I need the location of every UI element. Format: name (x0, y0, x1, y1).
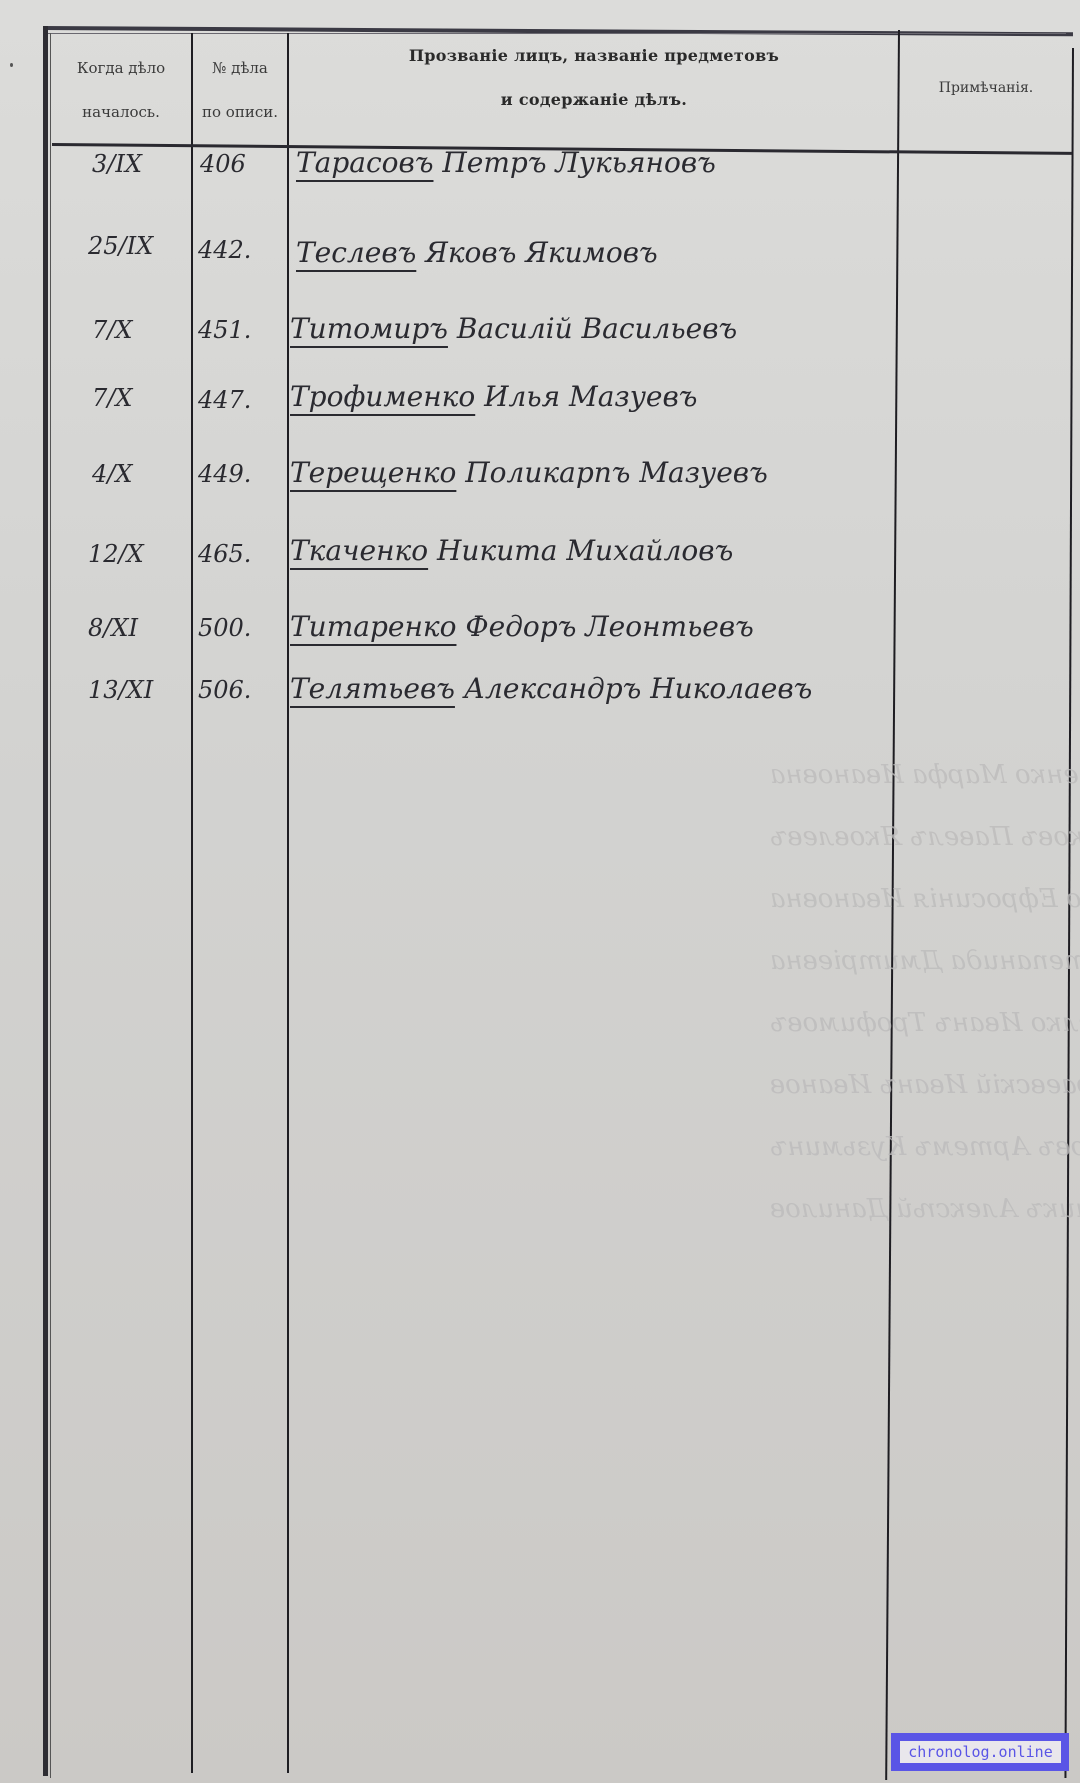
row-number: 406 (200, 150, 246, 178)
header-date-line1: Когда дѣло (52, 52, 190, 84)
row-date: 12/X (88, 540, 144, 568)
row-number: 447. (198, 386, 251, 414)
bleed-through-line: Шебаровъ Артемъ Кузьминъ (770, 1132, 1080, 1162)
watermark-text: chronolog.online (900, 1741, 1061, 1763)
watermark-badge: chronolog.online (891, 1733, 1069, 1771)
ledger-page: Когда дѣло началось. № дѣла по описи. Пр… (0, 0, 1080, 1783)
header-date-column: Когда дѣло началось. (52, 52, 190, 128)
row-given-name: Петръ Лукьяновъ (442, 146, 715, 179)
row-name: Теслевъ Яковъ Якимовъ (296, 236, 658, 269)
row-given-name: Поликарпъ Мазуевъ (465, 456, 767, 489)
row-given-name: Александръ Николаевъ (464, 672, 812, 705)
row-number: 500. (198, 614, 251, 642)
table-top-border-inner (46, 33, 1066, 34)
row-surname: Теслевъ (296, 236, 416, 269)
row-date: 25/IX (88, 232, 153, 260)
row-surname: Трофименко (290, 380, 475, 413)
bleed-through-line: Шевченко Ефросинія Ивановна (770, 884, 1080, 914)
row-name: Терещенко Поликарпъ Мазуевъ (290, 456, 768, 489)
header-names-line2: и содержаніе дѣлъ. (290, 84, 898, 116)
row-given-name: Никита Михайловъ (437, 534, 733, 567)
row-given-name: Илья Мазуевъ (484, 380, 697, 413)
table-top-border (43, 26, 1073, 36)
header-names-column: Прозваніе лицъ, названіе предметовъ и со… (290, 40, 898, 116)
row-date: 7/X (92, 384, 132, 412)
table-left-border (43, 26, 48, 1776)
row-number: 506. (198, 676, 251, 704)
row-date: 7/X (92, 316, 132, 344)
row-number: 451. (198, 316, 251, 344)
row-given-name: Федоръ Леонтьевъ (465, 610, 753, 643)
column-divider-date (191, 33, 193, 1773)
ink-speck (10, 63, 13, 67)
row-name: Трофименко Илья Мазуевъ (290, 380, 697, 413)
bleed-through-line: Шестаковъ Павелъ Яковлевъ (770, 822, 1080, 852)
header-notes-label: Примѣчанія. (900, 72, 1072, 104)
bleed-through-line: Шкуратъ Степанида Дмитріевна (770, 946, 1080, 976)
row-date: 4/X (92, 460, 132, 488)
row-number: 449. (198, 460, 251, 488)
row-surname: Ткаченко (290, 534, 428, 567)
bleed-through-line: Шапошникъ Алексѣй Данилов (770, 1194, 1080, 1224)
column-divider-number (287, 33, 289, 1773)
header-number-line2: по описи. (193, 96, 287, 128)
row-name: Ткаченко Никита Михайловъ (290, 534, 733, 567)
header-date-line2: началось. (52, 96, 190, 128)
header-number-line1: № дѣла (193, 52, 287, 84)
row-date: 13/XI (88, 676, 153, 704)
row-surname: Титомиръ (290, 312, 448, 345)
row-number: 442. (198, 236, 251, 264)
header-notes-column: Примѣчанія. (900, 72, 1072, 104)
row-name: Телятьевъ Александръ Николаевъ (290, 672, 812, 705)
header-number-column: № дѣла по описи. (193, 52, 287, 128)
bleed-through-line: Шелко Иванъ Трофимовъ (770, 1008, 1080, 1038)
row-date: 3/IX (92, 150, 142, 178)
bleed-through-line: Шевченко Марфа Ивановна (770, 760, 1080, 790)
row-given-name: Яковъ Якимовъ (425, 236, 657, 269)
row-name: Титомиръ Василій Васильевъ (290, 312, 737, 345)
header-names-line1: Прозваніе лицъ, названіе предметовъ (290, 40, 898, 72)
bleed-through-line: Шамраевскій Иванъ Иванов (770, 1070, 1080, 1100)
row-surname: Терещенко (290, 456, 456, 489)
row-name: Тарасовъ Петръ Лукьяновъ (296, 146, 716, 179)
row-number: 465. (198, 540, 251, 568)
row-name: Титаренко Федоръ Леонтьевъ (290, 610, 754, 643)
row-surname: Телятьевъ (290, 672, 455, 705)
table-left-border-inner (50, 33, 51, 1778)
row-surname: Тарасовъ (296, 146, 433, 179)
row-surname: Титаренко (290, 610, 456, 643)
row-date: 8/XI (88, 614, 138, 642)
row-given-name: Василій Васильевъ (457, 312, 737, 345)
